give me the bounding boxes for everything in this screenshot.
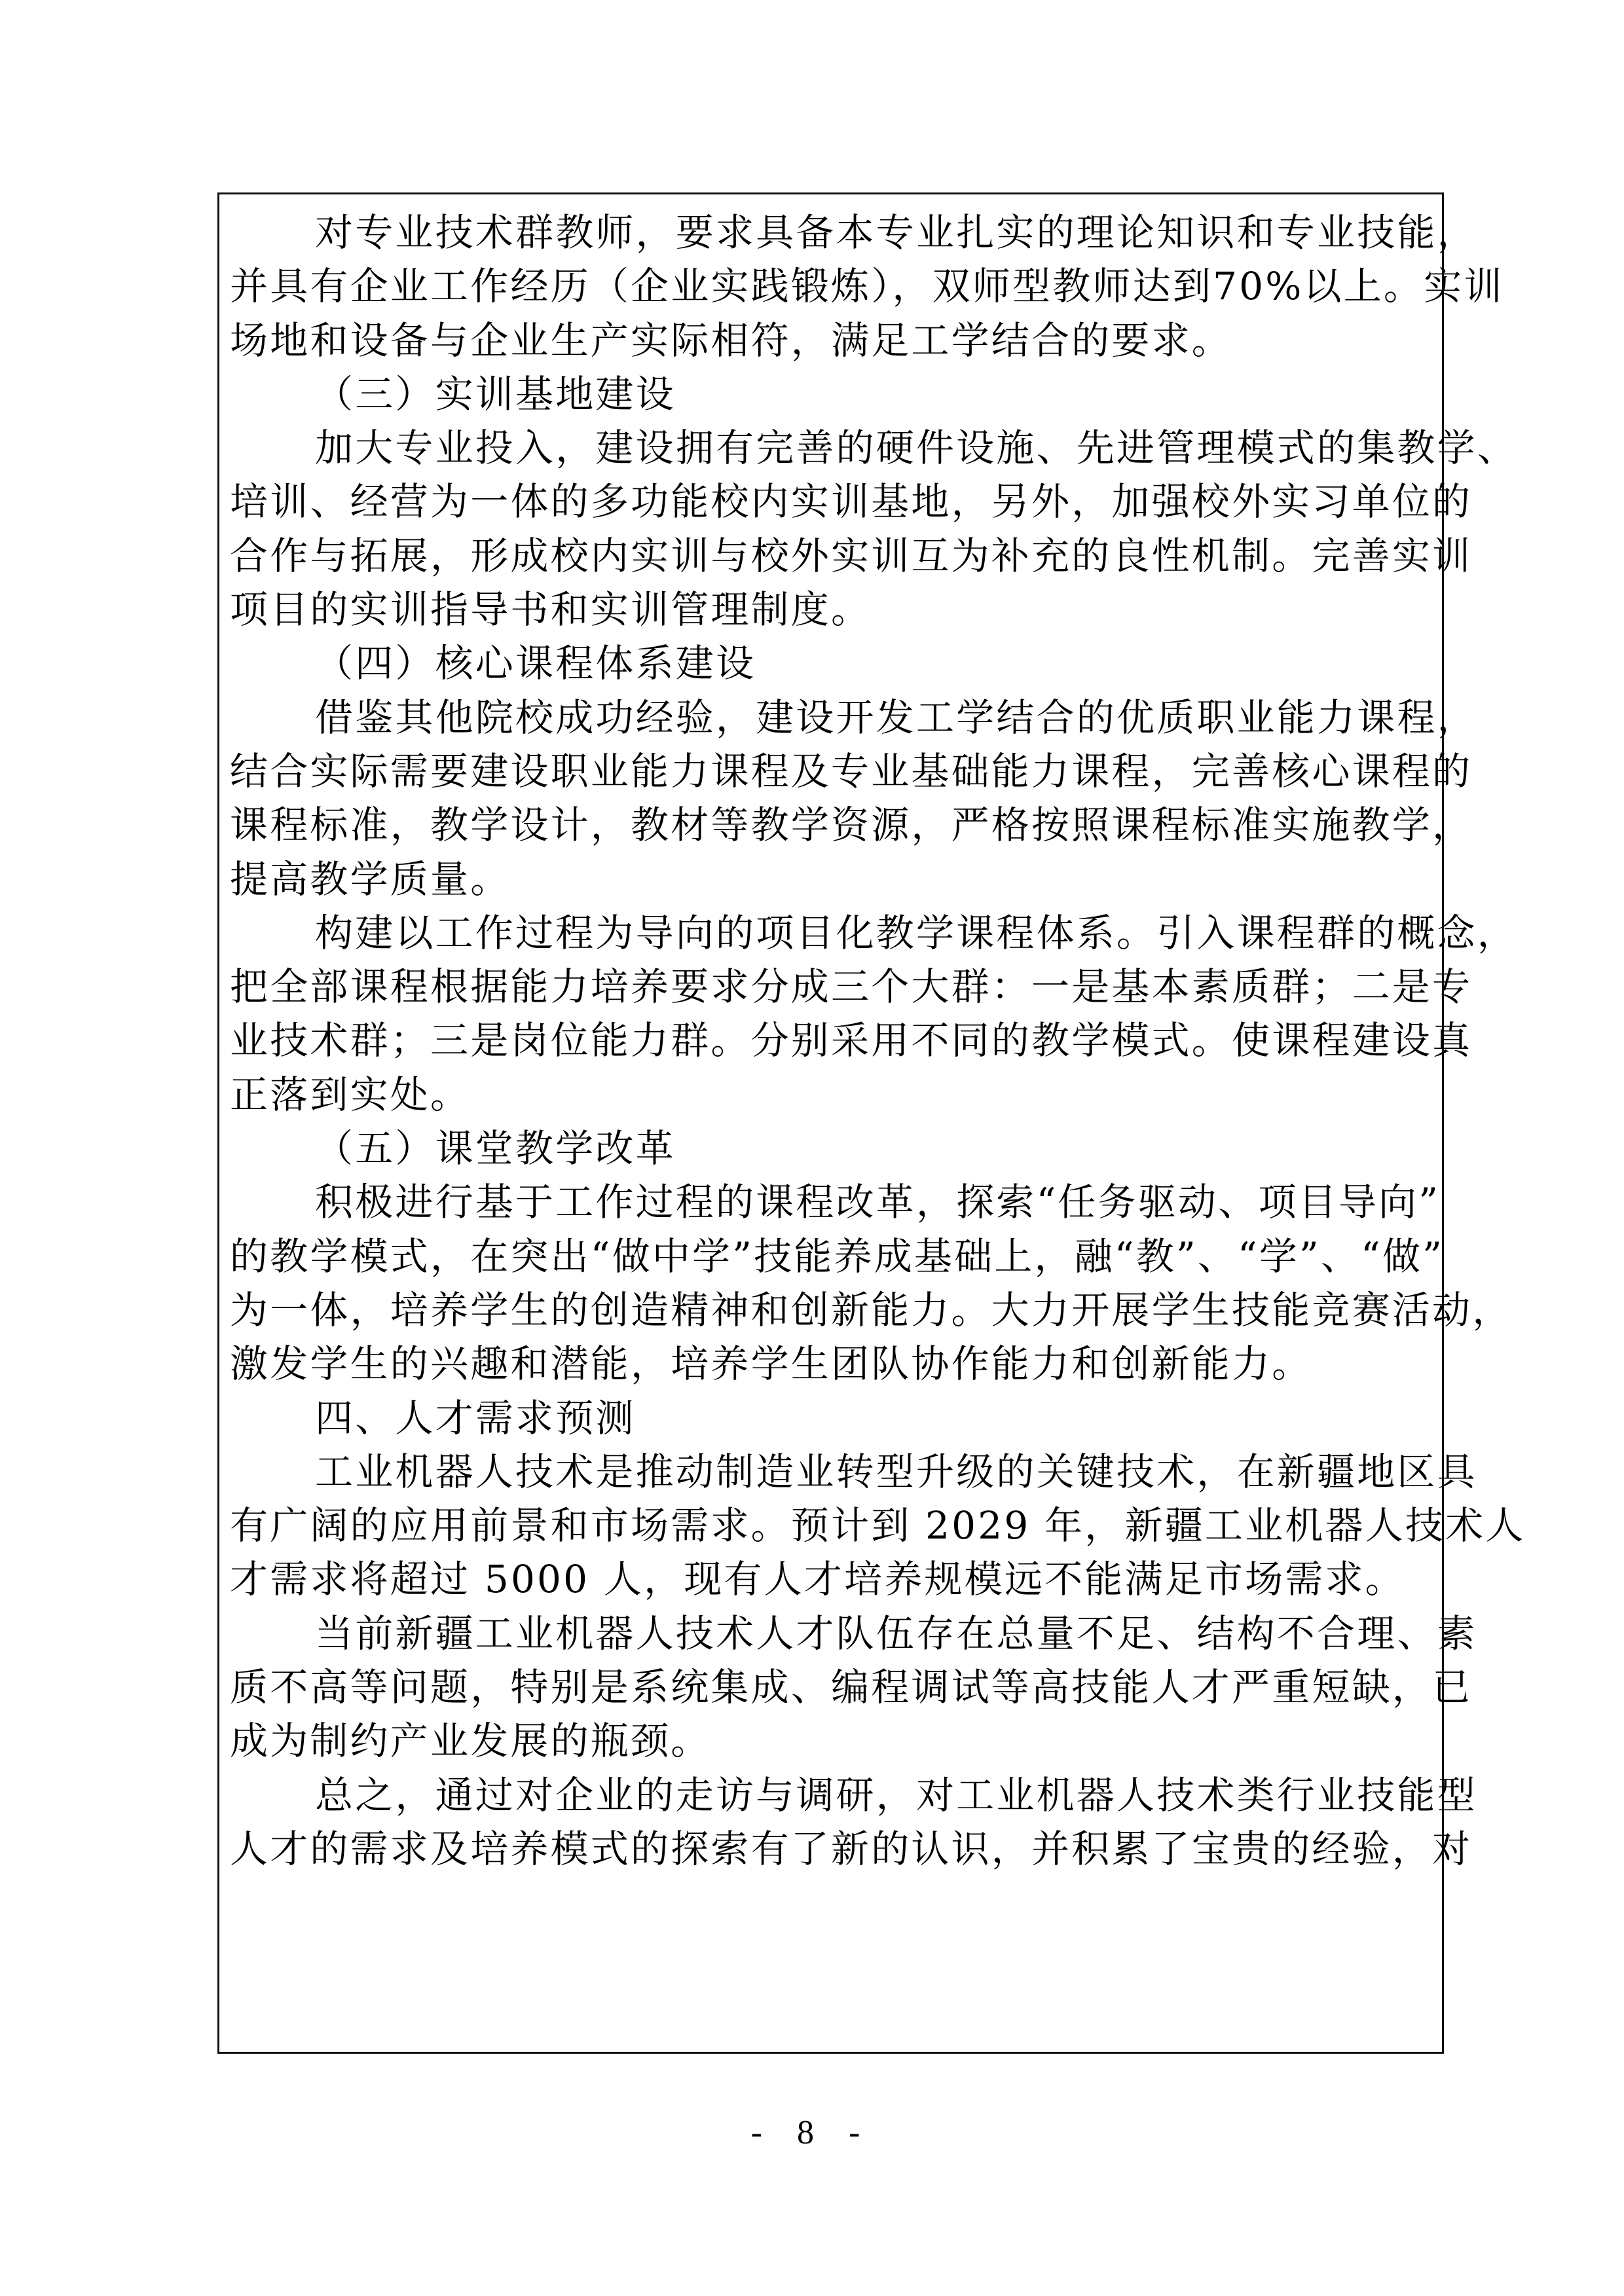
text-line: （五）课堂教学改革 — [230, 1121, 1422, 1175]
text-line: 人才的需求及培养模式的探索有了新的认识，并积累了宝贵的经验，对 — [230, 1822, 1422, 1876]
text-line: 总之，通过对企业的走访与调研，对工业机器人技术类行业技能型 — [230, 1768, 1422, 1822]
text-line: （三）实训基地建设 — [230, 367, 1422, 421]
text-line: 项目的实训指导书和实训管理制度。 — [230, 583, 1422, 636]
text-line: 当前新疆工业机器人技术人才队伍存在总量不足、结构不合理、素 — [230, 1607, 1422, 1660]
text-line: （四）核心课程体系建设 — [230, 636, 1422, 690]
text-line: 四、人才需求预测 — [230, 1391, 1422, 1445]
text-line: 正落到实处。 — [230, 1068, 1422, 1121]
text-line: 才需求将超过 5000 人，现有人才培养规模远不能满足市场需求。 — [230, 1552, 1422, 1606]
text-line: 构建以工作过程为导向的项目化教学课程体系。引入课程群的概念， — [230, 906, 1422, 960]
text-line: 有广阔的应用前景和市场需求。预计到 2029 年，新疆工业机器人技术人 — [230, 1499, 1422, 1552]
document-body: 对专业技术群教师，要求具备本专业扎实的理论知识和专业技能，并具有企业工作经历（企… — [230, 206, 1422, 1876]
text-line: 合作与拓展，形成校内实训与校外实训互为补充的良性机制。完善实训 — [230, 529, 1422, 583]
text-line: 工业机器人技术是推动制造业转型升级的关键技术，在新疆地区具 — [230, 1445, 1422, 1499]
text-line: 培训、经营为一体的多功能校内实训基地，另外，加强校外实习单位的 — [230, 475, 1422, 528]
text-line: 的教学模式，在突出“做中学”技能养成基础上，融“教”、“学”、“做” — [230, 1230, 1422, 1283]
text-line: 加大专业投入，建设拥有完善的硬件设施、先进管理模式的集教学、 — [230, 421, 1422, 475]
text-line: 并具有企业工作经历（企业实践锻炼），双师型教师达到70%以上。实训 — [230, 259, 1422, 313]
text-line: 积极进行基于工作过程的课程改革，探索“任务驱动、项目导向” — [230, 1175, 1422, 1229]
text-line: 借鉴其他院校成功经验，建设开发工学结合的优质职业能力课程， — [230, 691, 1422, 744]
text-line: 结合实际需要建设职业能力课程及专业基础能力课程，完善核心课程的 — [230, 744, 1422, 798]
text-line: 为一体，培养学生的创造精神和创新能力。大力开展学生技能竞赛活动， — [230, 1283, 1422, 1337]
text-line: 对专业技术群教师，要求具备本专业扎实的理论知识和专业技能， — [230, 206, 1422, 259]
text-line: 场地和设备与企业生产实际相符，满足工学结合的要求。 — [230, 314, 1422, 367]
text-line: 课程标准，教学设计，教材等教学资源，严格按照课程标准实施教学， — [230, 798, 1422, 852]
text-line: 激发学生的兴趣和潜能，培养学生团队协作能力和创新能力。 — [230, 1337, 1422, 1391]
text-line: 把全部课程根据能力培养要求分成三个大群：一是基本素质群；二是专 — [230, 960, 1422, 1013]
text-line: 业技术群；三是岗位能力群。分别采用不同的教学模式。使课程建设真 — [230, 1013, 1422, 1067]
page-number: - 8 - — [0, 2107, 1624, 2159]
text-line: 质不高等问题，特别是系统集成、编程调试等高技能人才严重短缺，已 — [230, 1660, 1422, 1714]
text-line: 提高教学质量。 — [230, 852, 1422, 906]
text-line: 成为制约产业发展的瓶颈。 — [230, 1714, 1422, 1768]
